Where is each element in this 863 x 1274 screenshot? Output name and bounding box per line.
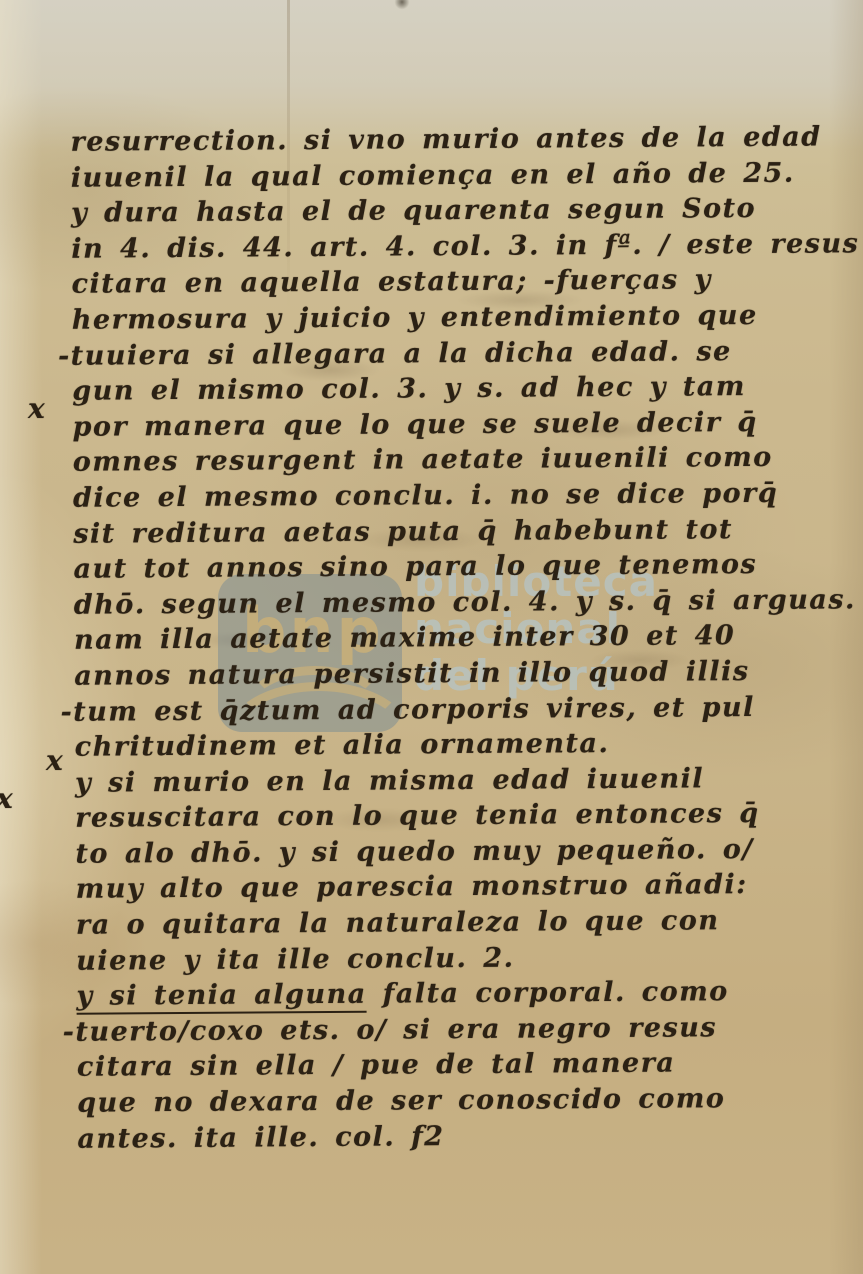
manuscript-line: resuscitara con lo que tenia entonces q̄ <box>75 796 855 837</box>
manuscript-line: muy alto que parescia monstruo añadi: <box>76 867 856 908</box>
manuscript-line: chritudinem et alia ornamenta. <box>75 724 855 765</box>
manuscript-line: omnes resurgent in aetate iuuenili como <box>73 440 853 481</box>
manuscript-line: -tuerto/coxo ets. o/ si era negro resus <box>77 1009 857 1050</box>
manuscript-page: bnp biblioteca nacional del perú x x x r… <box>0 0 863 1274</box>
handwritten-text-block: resurrection. si vno murio antes de la e… <box>70 119 857 1157</box>
manuscript-line: nam illa aetate maxime inter 30 et 40 <box>74 618 854 659</box>
manuscript-line: y si murio en la misma edad iuuenil <box>75 760 855 801</box>
manuscript-line: uiene y ita ille conclu. 2. <box>76 938 856 979</box>
manuscript-line: y si tenia alguna falta corporal. como <box>76 974 856 1015</box>
margin-mark: x <box>0 782 13 815</box>
manuscript-line: gun el mismo col. 3. y s. ad hec y tam <box>72 368 852 409</box>
manuscript-line: que no dexara de ser conoscido como <box>77 1080 857 1121</box>
manuscript-line: hermosura y juicio y entendimiento que <box>72 297 852 338</box>
underlined-phrase: y si tenia alguna <box>76 979 366 1015</box>
margin-mark: x <box>46 744 63 777</box>
manuscript-line: ra o quitara la naturaleza lo que con <box>76 902 856 943</box>
manuscript-line: dice el mesmo conclu. i. no se dice porq… <box>73 475 853 516</box>
manuscript-line: annos natura persistit in illo quod illi… <box>74 653 854 694</box>
line-continuation: falta corporal. como <box>367 976 729 1010</box>
manuscript-line: aut tot annos sino para lo que tenemos <box>73 546 853 587</box>
manuscript-line: antes. ita ille. col. f2 <box>77 1116 857 1157</box>
manuscript-line: in 4. dis. 44. art. 4. col. 3. in fª. / … <box>71 226 851 267</box>
manuscript-line: -tum est q̄ztum ad corporis vires, et pu… <box>74 689 854 730</box>
manuscript-line: resurrection. si vno murio antes de la e… <box>70 119 850 160</box>
manuscript-line: iuuenil la qual comiença en el año de 25… <box>71 155 851 196</box>
manuscript-line: por manera que lo que se suele decir q̄ <box>72 404 852 445</box>
manuscript-line: y dura hasta el de quarenta segun Soto <box>71 190 851 231</box>
manuscript-line: to alo dhō. y si quedo muy pequeño. o/ <box>75 831 855 872</box>
manuscript-line: citara en aquella estatura; -fuerças y <box>71 262 851 303</box>
margin-mark: x <box>28 392 45 425</box>
manuscript-line: sit reditura aetas puta q̄ habebunt tot <box>73 511 853 552</box>
manuscript-line: dhō. segun el mesmo col. 4. y s. q̄ si a… <box>74 582 854 623</box>
manuscript-line: -tuuiera si allegara a la dicha edad. se <box>72 333 852 374</box>
manuscript-line: citara sin ella / pue de tal manera <box>77 1045 857 1086</box>
